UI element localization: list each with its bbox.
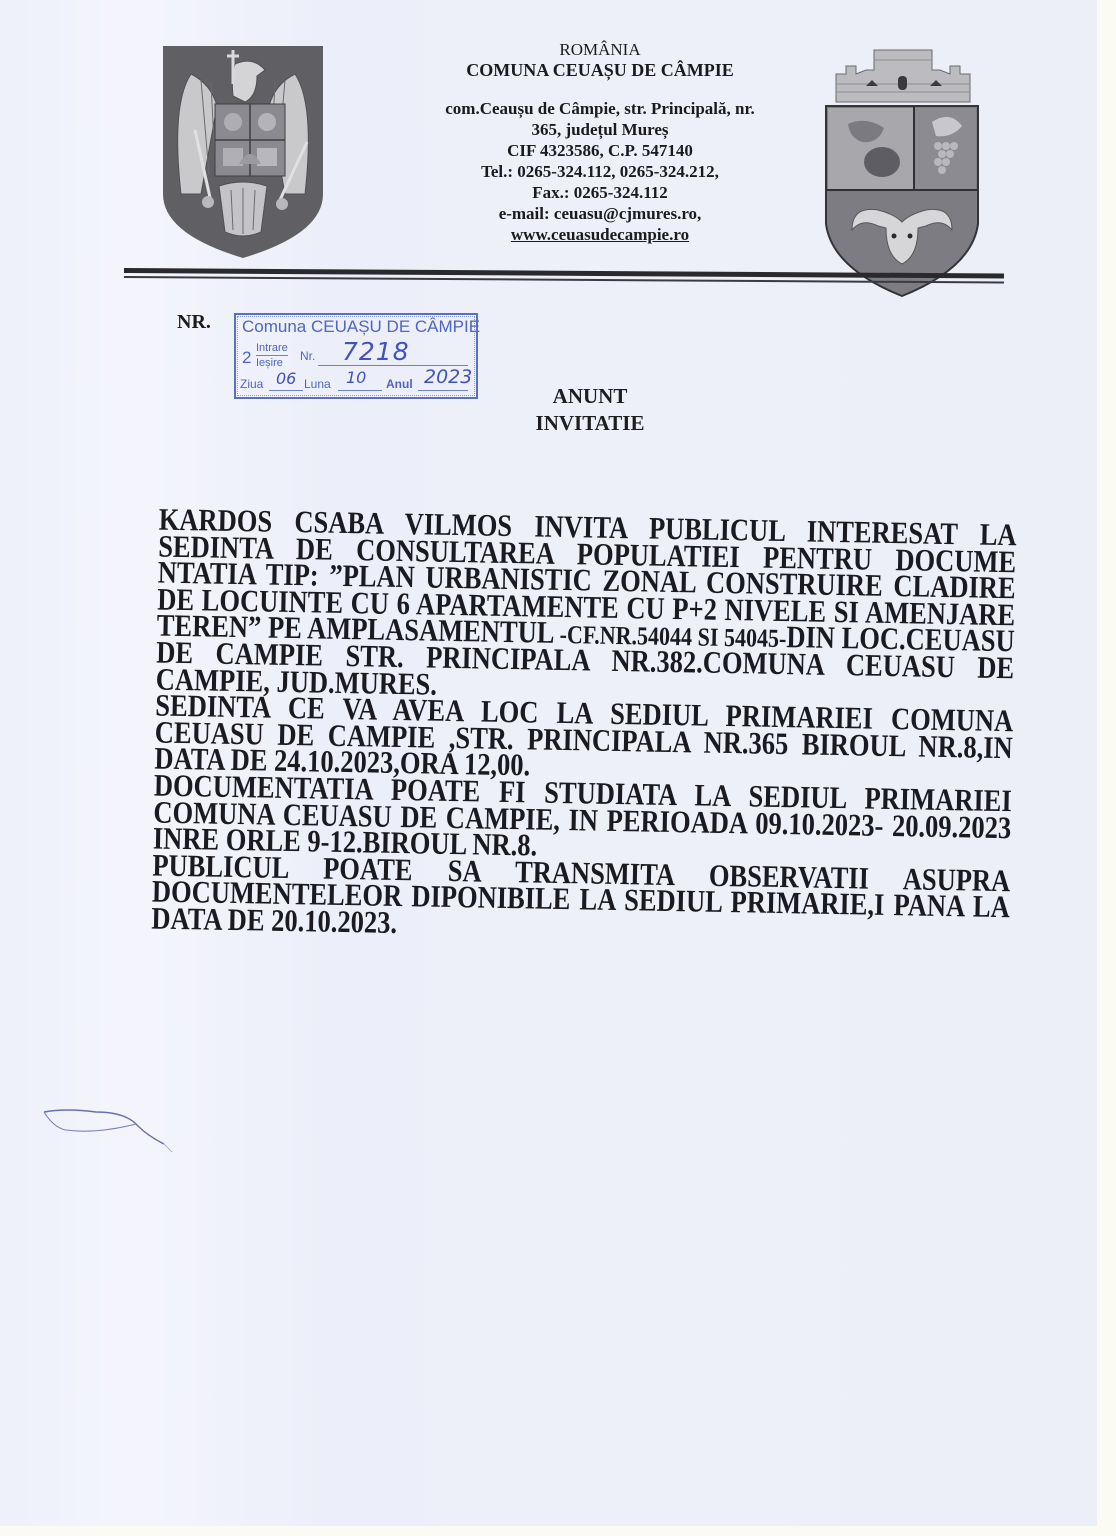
handwritten-signature-icon — [36, 1104, 176, 1164]
stamp-month-underline — [338, 390, 382, 391]
letterhead: ROMÂNIA COMUNA CEUAȘU DE CÂMPIE com.Ceau… — [400, 40, 800, 245]
commune-name: COMUNA CEUAȘU DE CÂMPIE — [400, 60, 800, 81]
romania-coat-of-arms-icon — [161, 44, 325, 260]
address-line-2: 365, județul Mureș — [400, 119, 800, 140]
phone-numbers: Tel.: 0265-324.112, 0265-324.212, — [400, 161, 800, 182]
stamp-entry-label: Intrare — [256, 342, 288, 356]
stamp-day-label: Ziua — [240, 377, 263, 391]
scanned-page: ROMÂNIA COMUNA CEUAȘU DE CÂMPIE com.Ceau… — [0, 0, 1097, 1526]
ceuasu-de-campie-coat-of-arms-icon — [822, 42, 982, 304]
address-line-1: com.Ceaușu de Câmpie, str. Principală, n… — [400, 98, 800, 119]
country-name: ROMÂNIA — [400, 40, 800, 60]
stamp-nr-value: 7218 — [342, 337, 410, 366]
stamp-month-label: Luna — [304, 377, 331, 391]
stamp-month-value: 10 — [346, 368, 366, 387]
heading-invitation: INVITATIE — [440, 410, 740, 437]
stamp-title: Comuna CEUAȘU DE CÂMPIE — [242, 317, 480, 337]
stamp-day-value: 06 — [276, 369, 296, 388]
stamp-day-underline — [269, 390, 303, 391]
document-heading: ANUNT INVITATIE — [440, 383, 740, 437]
heading-announcement: ANUNT — [440, 383, 740, 410]
announcement-body: KARDOS CSABA VILMOS INVITA PUBLICUL INTE… — [151, 506, 1017, 947]
stamp-nr-label: Nr. — [300, 349, 315, 363]
fax-number: Fax.: 0265-324.112 — [400, 182, 800, 203]
stamp-year-label: Anul — [386, 377, 413, 391]
registration-number-label: NR. — [177, 311, 211, 334]
stamp-type-number: 2 — [242, 348, 251, 368]
email-address[interactable]: e-mail: ceuasu@cjmures.ro, — [400, 203, 800, 224]
website-link[interactable]: www.ceuasudecampie.ro — [400, 224, 800, 245]
fiscal-code: CIF 4323586, C.P. 547140 — [400, 140, 800, 161]
